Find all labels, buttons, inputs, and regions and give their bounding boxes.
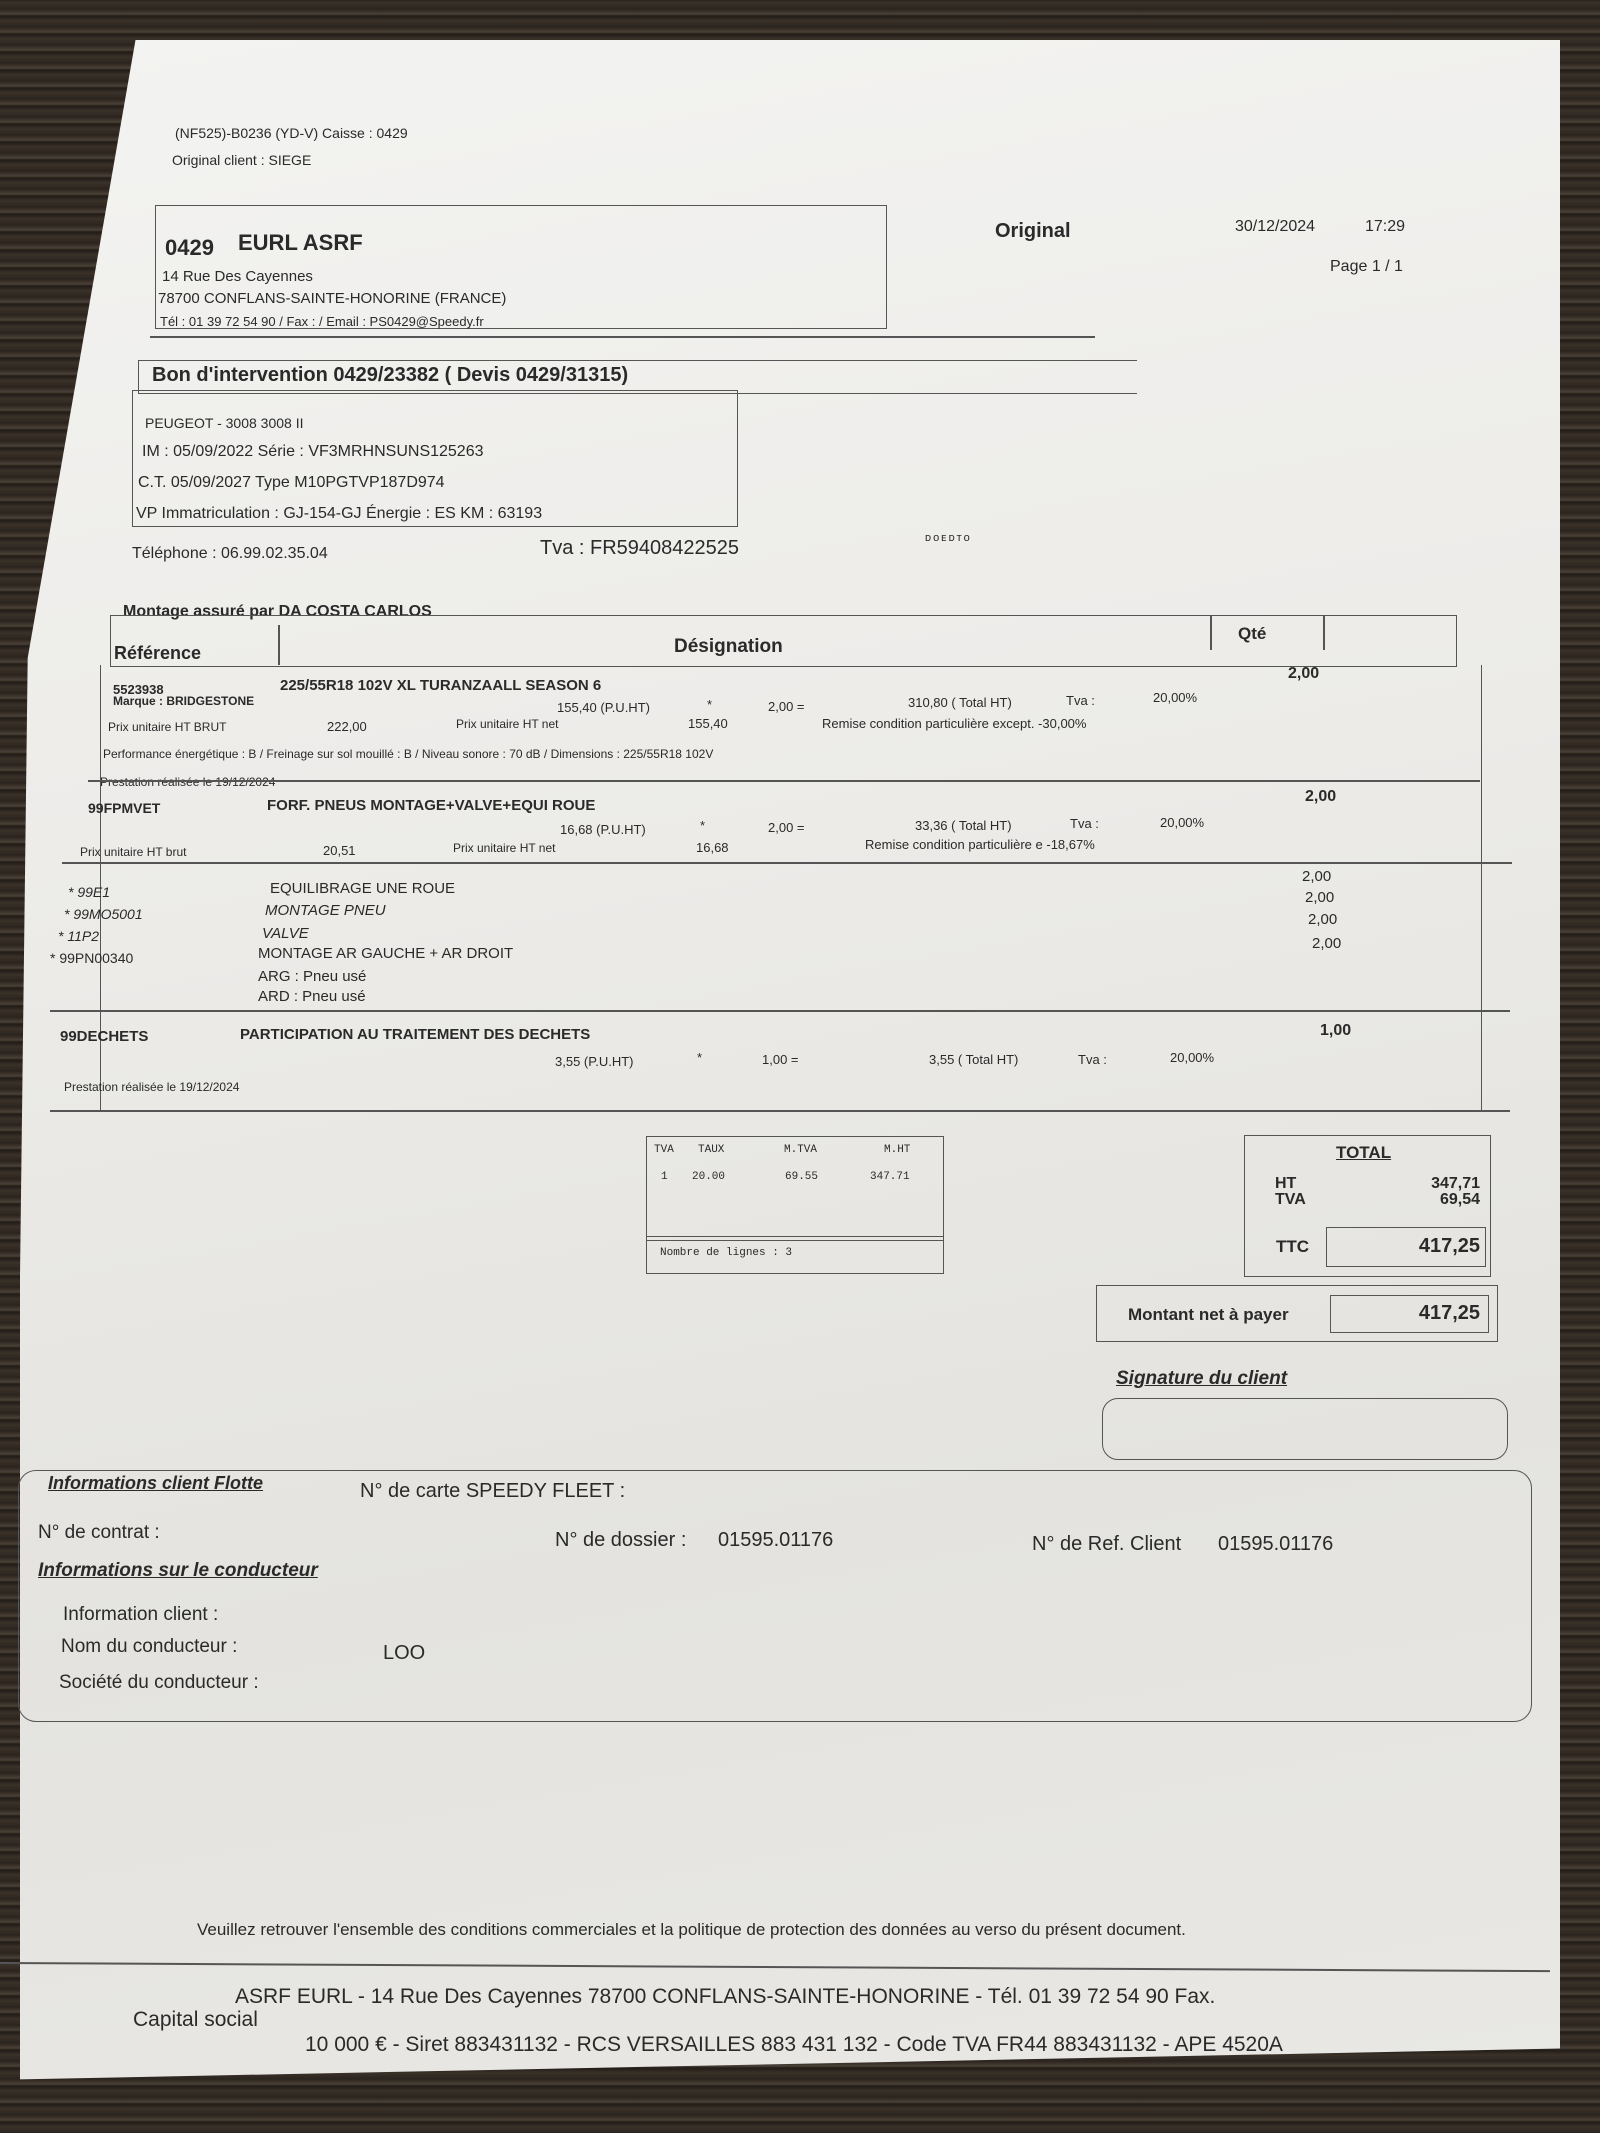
sub-item-ref: * 99PN00340: [50, 950, 133, 966]
vehicle-ct-type: C.T. 05/09/2027 Type M10PGTVP187D974: [138, 474, 445, 492]
brut-label: Prix unitaire HT BRUT: [108, 720, 226, 734]
copy-label: Original: [995, 220, 1071, 243]
driver-name-label: Nom du conducteur :: [61, 1636, 237, 1658]
quantity: 2,00 =: [768, 699, 805, 714]
unit-price: 3,55 (P.U.HT): [555, 1054, 634, 1069]
row-divider: [50, 1110, 1510, 1112]
row-divider: [88, 780, 1480, 782]
net-price: 155,40: [688, 716, 728, 731]
discount: Remise condition particulière except. -3…: [822, 716, 1086, 731]
tva-amount: 69.55: [785, 1171, 818, 1183]
tva-label: Tva :: [1066, 693, 1095, 708]
tva-label: Tva :: [1070, 816, 1099, 831]
row-divider: [62, 862, 1512, 864]
unit-price: 16,68 (P.U.HT): [560, 822, 646, 837]
contract-label: N° de contrat :: [38, 1522, 160, 1544]
multiply-sign: *: [697, 1050, 702, 1065]
multiply-sign: *: [707, 697, 712, 712]
line-ref: 99DECHETS: [60, 1028, 148, 1045]
tva-col-header: TVA: [654, 1144, 674, 1156]
line-qty: 1,00: [1320, 1022, 1351, 1040]
driver-name: LOO: [383, 1642, 425, 1665]
client-ref-number: 01595.01176: [1218, 1533, 1333, 1556]
net-label: Prix unitaire HT net: [453, 841, 556, 855]
company-name: EURL ASRF: [238, 230, 363, 256]
company-street: 14 Rue Des Cayennes: [162, 268, 313, 285]
signature-label: Signature du client: [1116, 1368, 1287, 1390]
discount: Remise condition particulière e -18,67%: [865, 837, 1095, 852]
line-qty: 2,00: [1288, 665, 1319, 683]
quantity: 1,00 =: [762, 1052, 799, 1067]
net-to-pay-amount: 417,25: [1334, 1302, 1480, 1325]
divider: [150, 336, 1095, 338]
line-designation: FORF. PNEUS MONTAGE+VALVE+EQUI ROUE: [267, 797, 595, 814]
unit-price: 155,40 (P.U.HT): [557, 700, 650, 715]
line-designation: PARTICIPATION AU TRAITEMENT DES DECHETS: [240, 1026, 590, 1043]
client-tva: Tva : FR59408422525: [540, 537, 739, 560]
signature-field[interactable]: [1102, 1398, 1508, 1460]
vehicle-model: PEUGEOT - 3008 3008 II: [145, 415, 304, 431]
ttc-label: TTC: [1276, 1237, 1309, 1257]
footer-capital-label: Capital social: [133, 2008, 258, 2032]
divider: [646, 1236, 944, 1241]
sub-note: ARG : Pneu usé: [258, 968, 366, 985]
client-info-label: Information client :: [63, 1604, 218, 1626]
tva-rate: 20,00%: [1160, 815, 1204, 830]
prestation-date: Prestation réalisée le 19/12/2024: [100, 775, 275, 789]
col-divider: [278, 625, 280, 665]
ttc-total: 417,25: [1330, 1235, 1480, 1258]
vehicle-im-serie: IM : 05/09/2022 Série : VF3MRHNSUNS12526…: [142, 443, 484, 461]
client-ref-label: N° de Ref. Client: [1032, 1533, 1181, 1556]
sub-item-designation: VALVE: [262, 925, 309, 942]
driver-info-title: Informations sur le conducteur: [38, 1560, 318, 1582]
prestation-date: Prestation réalisée le 19/12/2024: [64, 1080, 239, 1094]
document-time: 17:29: [1365, 218, 1405, 236]
mtva-col-header: M.TVA: [784, 1144, 817, 1156]
sub-note: ARD : Pneu usé: [258, 988, 366, 1005]
brut-label: Prix unitaire HT brut: [80, 845, 186, 859]
header-reference: Référence: [114, 643, 201, 664]
company-code: 0429: [165, 235, 214, 261]
sub-item-qty: 2,00: [1302, 868, 1331, 885]
tva-total-label: TVA: [1275, 1192, 1306, 1208]
fleet-card-label: N° de carte SPEEDY FLEET :: [360, 1480, 625, 1503]
footer-company-line: ASRF EURL - 14 Rue Des Cayennes 78700 CO…: [235, 1985, 1215, 2009]
brut-price: 20,51: [323, 843, 356, 858]
line-total: 33,36 ( Total HT): [915, 818, 1012, 833]
col-divider: [1323, 615, 1325, 650]
sub-item-designation: MONTAGE PNEU: [265, 902, 386, 919]
quantity: 2,00 =: [768, 820, 805, 835]
sub-item-ref: * 99E1: [68, 884, 110, 900]
stamp-text: ᴅᴏᴇᴅᴛᴏ: [925, 532, 972, 544]
original-client: Original client : SIEGE: [172, 152, 311, 168]
lines-count: Nombre de lignes : 3: [660, 1247, 792, 1259]
tva-label: Tva :: [1078, 1052, 1107, 1067]
sub-item-qty: 2,00: [1308, 911, 1337, 928]
driver-company-label: Société du conducteur :: [59, 1672, 259, 1694]
taux-col-header: TAUX: [698, 1144, 724, 1156]
company-city: 78700 CONFLANS-SAINTE-HONORINE (FRANCE): [158, 290, 506, 307]
vehicle-immatriculation: VP Immatriculation : GJ-154-GJ Énergie :…: [136, 505, 542, 523]
header-designation: Désignation: [674, 636, 783, 658]
brut-price: 222,00: [327, 719, 367, 734]
row-divider: [50, 1010, 1510, 1012]
tva-rate: 20,00%: [1153, 690, 1197, 705]
tva-rate: 20.00: [692, 1171, 725, 1183]
net-price: 16,68: [696, 840, 729, 855]
ht-total: 347,71: [1370, 1176, 1480, 1192]
tva-total: 69,54: [1370, 1192, 1480, 1208]
page-number: Page 1 / 1: [1330, 258, 1403, 276]
dossier-number: 01595.01176: [718, 1529, 833, 1552]
line-designation: 225/55R18 102V XL TURANZAALL SEASON 6: [280, 677, 601, 694]
ht-amount: 347.71: [870, 1171, 910, 1183]
ht-label: HT: [1275, 1176, 1296, 1192]
line-ref: 99FPMVET: [88, 800, 160, 816]
mht-col-header: M.HT: [884, 1144, 910, 1156]
header-qty: Qté: [1238, 624, 1266, 644]
client-telephone: Téléphone : 06.99.02.35.04: [132, 545, 328, 563]
fleet-title: Informations client Flotte: [48, 1473, 263, 1494]
document-date: 30/12/2024: [1235, 218, 1315, 236]
sub-item-designation: EQUILIBRAGE UNE ROUE: [270, 880, 455, 897]
col-divider: [1210, 615, 1212, 650]
multiply-sign: *: [700, 818, 705, 833]
totals-title: TOTAL: [1336, 1143, 1391, 1163]
caisse-line: (NF525)-B0236 (YD-V) Caisse : 0429: [175, 125, 408, 141]
sub-item-qty: 2,00: [1305, 889, 1334, 906]
net-to-pay-label: Montant net à payer: [1128, 1305, 1289, 1325]
tva-rate: 20,00%: [1170, 1050, 1214, 1065]
sub-item-ref: * 11P2: [58, 928, 99, 944]
tyre-performance: Performance énergétique : B / Freinage s…: [103, 747, 713, 761]
company-contact: Tél : 01 39 72 54 90 / Fax : / Email : P…: [160, 314, 484, 329]
sub-item-ref: * 99MO5001: [64, 906, 143, 922]
line-qty: 2,00: [1305, 788, 1336, 806]
company-box: [155, 205, 887, 329]
intervention-title: Bon d'intervention 0429/23382 ( Devis 04…: [152, 364, 628, 387]
net-label: Prix unitaire HT net: [456, 717, 559, 731]
dossier-label: N° de dossier :: [555, 1529, 686, 1552]
sub-item-designation: MONTAGE AR GAUCHE + AR DROIT: [258, 945, 513, 962]
footer-notice: Veuillez retrouver l'ensemble des condit…: [197, 1920, 1186, 1940]
sub-item-qty: 2,00: [1312, 935, 1341, 952]
line-total: 3,55 ( Total HT): [929, 1052, 1018, 1067]
footer-legal-line: 10 000 € - Siret 883431132 - RCS VERSAIL…: [305, 2033, 1283, 2057]
tva-index: 1: [661, 1171, 668, 1183]
line-total: 310,80 ( Total HT): [908, 695, 1012, 710]
line-brand: Marque : BRIDGESTONE: [113, 694, 254, 708]
